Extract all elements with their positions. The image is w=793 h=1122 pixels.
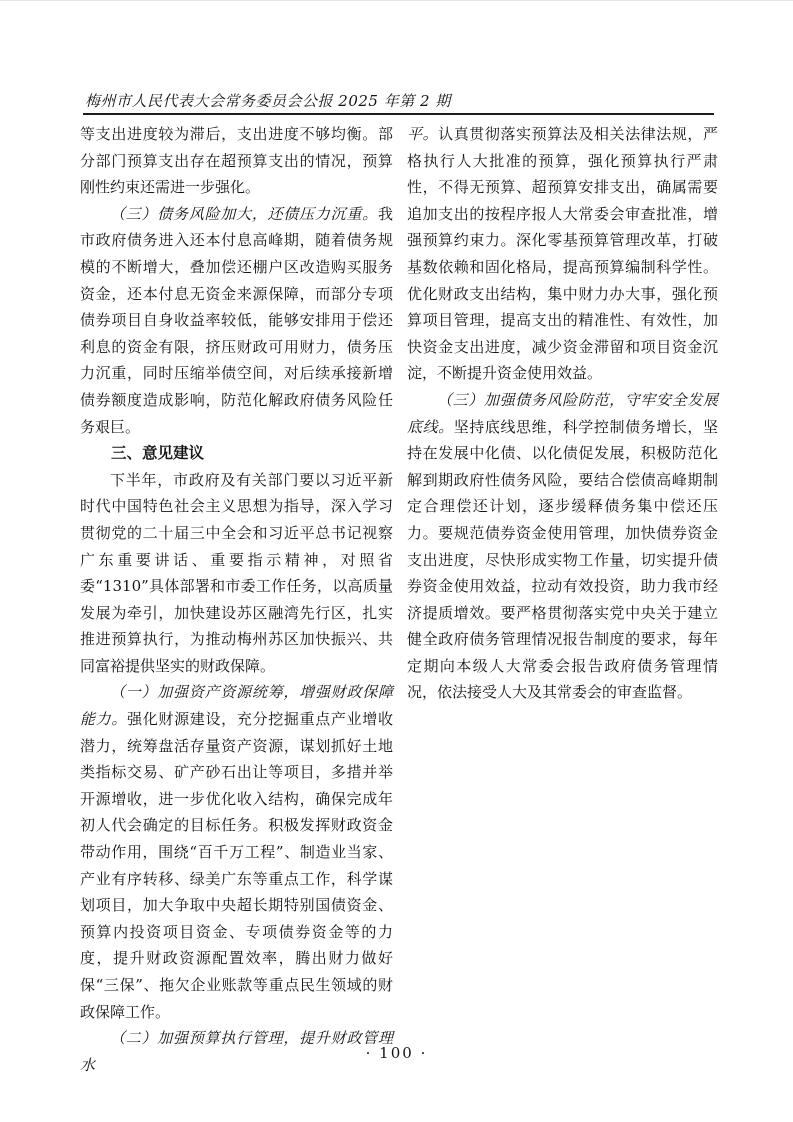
left-column: 等支出进度较为滞后，支出进度不够均衡。部分部门预算支出存在超预算支出的情况，预算… — [80, 121, 393, 1078]
paragraph-text: 坚持底线思维，科学控制债务增长，坚持在发展中化债、以化债促发展，积极防范化解到期… — [407, 418, 718, 702]
paragraph-overview: 下半年，市政府及有关部门要以习近平新时代中国特色社会主义思想为指导，深入学习贯彻… — [80, 467, 393, 680]
document-page: 梅州市人民代表大会常务委员会公报 2025 年第 2 期 等支出进度较为滞后，支… — [0, 0, 793, 1122]
page-number: · 100 · — [0, 1044, 793, 1062]
paragraph-text: 下半年，市政府及有关部门要以习近平新时代中国特色社会主义思想为指导，深入学习贯彻… — [80, 471, 393, 675]
paragraph-debt-risk: （三）债务风险加大，还债压力沉重。我市政府债务进入还本付息高峰期，随着债务规模的… — [80, 201, 393, 440]
scan-edge-line — [0, 0, 793, 1]
paragraph-suggestion-three: （三）加强债务风险防范，守牢安全发展底线。坚持底线思维，科学控制债务增长，坚持在… — [407, 387, 718, 706]
paragraph-text: 我市政府债务进入还本付息高峰期，随着债务规模的不断增大，叠加偿还棚户区改造购买服… — [80, 205, 393, 436]
header-rule — [83, 113, 714, 115]
right-column: 平。认真贯彻落实预算法及相关法律法规，严格执行人大批准的预算，强化预算执行严肃性… — [407, 121, 718, 706]
paragraph-text: 强化财源建设，充分挖掘重点产业增收潜力，统筹盘活存量资产资源，谋划抓好土地类指标… — [80, 710, 393, 1021]
header-title: 梅州市人民代表大会常务委员会公报 2025 年第 2 期 — [85, 90, 451, 111]
paragraph-suggestion-one: （一）加强资产资源统筹，增强财政保障能力。强化财源建设，充分挖掘重点产业增收潜力… — [80, 679, 393, 1025]
paragraph-continuation: 等支出进度较为滞后，支出进度不够均衡。部分部门预算支出存在超预算支出的情况，预算… — [80, 121, 393, 201]
section-heading: 三、意见建议 — [80, 440, 393, 467]
paragraph-suggestion-two-continued: 平。认真贯彻落实预算法及相关法律法规，严格执行人大批准的预算，强化预算执行严肃性… — [407, 121, 718, 387]
subsection-lead: （三）债务风险加大，还债压力沉重。 — [110, 205, 378, 223]
paragraph-text: 认真贯彻落实预算法及相关法律法规，严格执行人大批准的预算，强化预算执行严肃性，不… — [407, 125, 718, 382]
paragraph-text: 等支出进度较为滞后，支出进度不够均衡。部分部门预算支出存在超预算支出的情况，预算… — [80, 125, 393, 196]
subsection-lead-continued: 平。 — [407, 125, 438, 143]
